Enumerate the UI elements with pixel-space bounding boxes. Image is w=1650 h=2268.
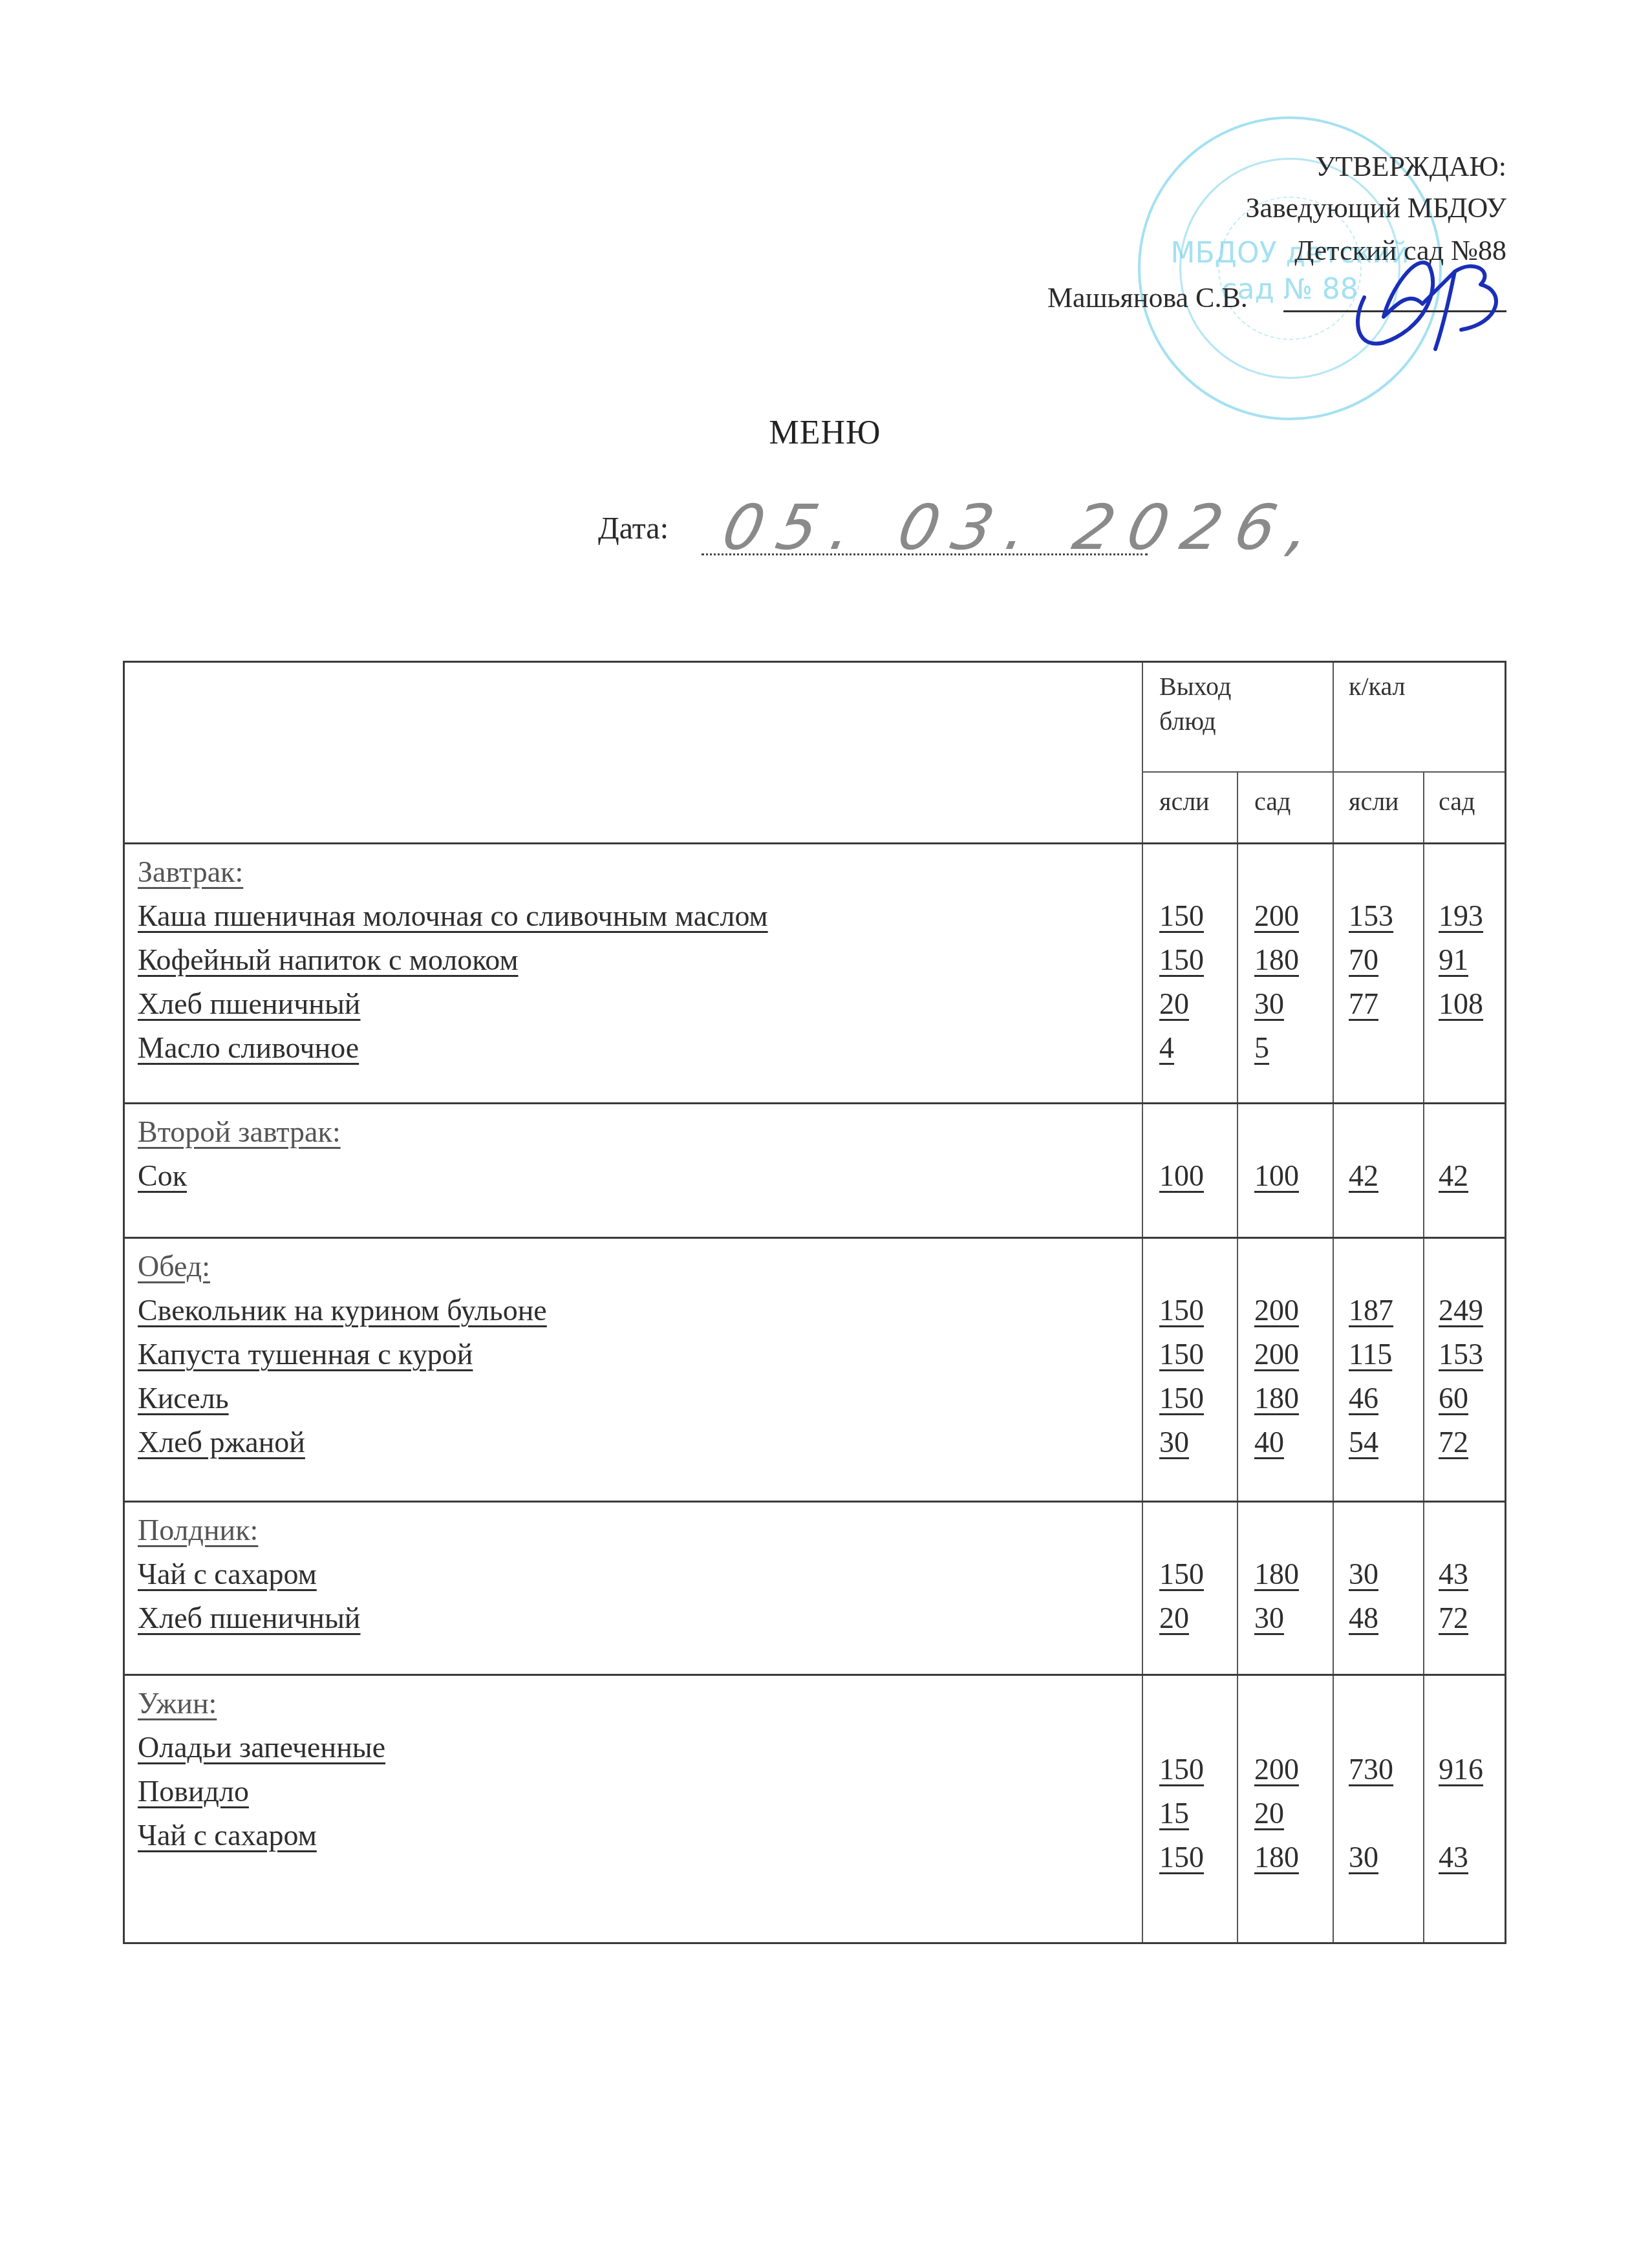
- dish-name: Хлеб пшеничный: [138, 1596, 360, 1640]
- yield-nursery-values: 15015015030: [1159, 1289, 1204, 1464]
- value-cell: [1439, 1792, 1483, 1835]
- value-cell: 150: [1159, 938, 1204, 982]
- value-cell: 115: [1349, 1332, 1393, 1376]
- column-divider: [1423, 771, 1424, 1942]
- row-divider: [125, 1102, 1505, 1104]
- section-title: Второй завтрак:: [138, 1110, 341, 1154]
- menu-section: Второй завтрак:Сок: [138, 1110, 341, 1198]
- date-label: Дата:: [598, 511, 669, 546]
- value-cell: 48: [1349, 1596, 1378, 1640]
- column-divider: [1237, 771, 1238, 1942]
- value-cell: 187: [1349, 1289, 1393, 1332]
- yield-nursery-values: 15020: [1159, 1552, 1204, 1640]
- yield-garden-values: 200180305: [1254, 894, 1299, 1070]
- value-cell: 30: [1159, 1420, 1204, 1464]
- value-cell: 54: [1349, 1420, 1393, 1464]
- row-divider: [125, 1674, 1505, 1676]
- value-cell: [1349, 1792, 1393, 1835]
- dish-name: Сок: [138, 1154, 341, 1198]
- value-cell: 72: [1439, 1596, 1468, 1640]
- value-cell: 180: [1254, 1376, 1299, 1420]
- header-kcal-garden: сад: [1439, 784, 1475, 819]
- dish-name: Кисель: [138, 1376, 547, 1420]
- value-cell: 30: [1254, 1596, 1299, 1640]
- row-divider: [125, 1237, 1505, 1239]
- value-cell: 5: [1254, 1026, 1299, 1070]
- value-cell: 70: [1349, 938, 1393, 982]
- value-cell: 150: [1159, 1332, 1204, 1376]
- value-cell: 77: [1349, 982, 1393, 1026]
- yield-nursery-values: 15015150: [1159, 1748, 1204, 1879]
- value-cell: 200: [1254, 894, 1299, 938]
- date-value: 05. 03. 2026,: [716, 491, 1331, 564]
- dish-name: Свекольник на курином бульоне: [138, 1289, 547, 1332]
- dish-name: Каша пшеничная молочная со сливочным мас…: [138, 894, 768, 938]
- value-cell: 30: [1254, 982, 1299, 1026]
- dish-name: Повидло: [138, 1770, 385, 1813]
- yield-garden-values: 20020180: [1254, 1748, 1299, 1879]
- dish-name: Чай с сахаром: [138, 1552, 360, 1596]
- value-cell: 100: [1254, 1154, 1299, 1198]
- header-yield-nursery: ясли: [1159, 784, 1210, 819]
- section-title: Ужин:: [138, 1682, 385, 1726]
- header-yield: Выход блюд: [1159, 669, 1230, 739]
- dish-name: Хлеб пшеничный: [138, 982, 768, 1026]
- value-cell: 249: [1439, 1289, 1483, 1332]
- value-cell: 20: [1159, 982, 1204, 1026]
- value-cell: 180: [1254, 938, 1299, 982]
- header-kcal: к/кал: [1349, 669, 1405, 704]
- kcal-nursery-values: 1871154654: [1349, 1289, 1393, 1464]
- value-cell: 200: [1254, 1748, 1299, 1792]
- value-cell: 200: [1254, 1332, 1299, 1376]
- value-cell: 108: [1439, 982, 1483, 1026]
- signature-icon: [1345, 252, 1513, 356]
- row-divider: [125, 1501, 1505, 1503]
- value-cell: 15: [1159, 1792, 1204, 1835]
- value-cell: 180: [1254, 1835, 1299, 1879]
- dish-name: Капуста тушенная с курой: [138, 1332, 547, 1376]
- header-yield-garden: сад: [1254, 784, 1291, 819]
- dish-name: Хлеб ржаной: [138, 1420, 547, 1464]
- dish-name: Кофейный напиток с молоком: [138, 938, 768, 982]
- value-cell: 72: [1439, 1420, 1483, 1464]
- value-cell: 42: [1439, 1154, 1468, 1198]
- yield-garden-values: 100: [1254, 1154, 1299, 1198]
- value-cell: 150: [1159, 1552, 1204, 1596]
- value-cell: 153: [1439, 1332, 1483, 1376]
- section-title: Полдник:: [138, 1508, 360, 1552]
- value-cell: 30: [1349, 1835, 1393, 1879]
- value-cell: [1439, 1026, 1483, 1070]
- value-cell: 150: [1159, 894, 1204, 938]
- kcal-nursery-values: 73030: [1349, 1748, 1393, 1879]
- kcal-garden-values: 2491536072: [1439, 1289, 1483, 1464]
- value-cell: 43: [1439, 1552, 1468, 1596]
- menu-table: Выход блюд к/кал ясли сад ясли сад Завтр…: [123, 661, 1506, 1944]
- dish-name: Оладьи запеченные: [138, 1726, 385, 1770]
- kcal-nursery-values: 3048: [1349, 1552, 1378, 1640]
- value-cell: 200: [1254, 1289, 1299, 1332]
- column-divider: [1142, 663, 1143, 1942]
- value-cell: 40: [1254, 1420, 1299, 1464]
- value-cell: 30: [1349, 1552, 1378, 1596]
- yield-nursery-values: 150150204: [1159, 894, 1204, 1070]
- value-cell: 916: [1439, 1748, 1483, 1792]
- kcal-garden-values: 4372: [1439, 1552, 1468, 1640]
- signer-name: Машьянова С.В.: [1047, 281, 1248, 314]
- value-cell: 150: [1159, 1835, 1204, 1879]
- dish-name: Чай с сахаром: [138, 1813, 385, 1857]
- menu-section: Обед:Свекольник на курином бульонеКапуст…: [138, 1245, 547, 1464]
- yield-nursery-values: 100: [1159, 1154, 1204, 1198]
- header-kcal-nursery: ясли: [1349, 784, 1399, 819]
- value-cell: 91: [1439, 938, 1483, 982]
- menu-section: Ужин:Оладьи запеченныеПовидлоЧай с сахар…: [138, 1682, 385, 1857]
- value-cell: 150: [1159, 1289, 1204, 1332]
- value-cell: 193: [1439, 894, 1483, 938]
- menu-section: Завтрак:Каша пшеничная молочная со сливо…: [138, 850, 768, 1070]
- section-title: Завтрак:: [138, 850, 768, 894]
- kcal-garden-values: 19391108: [1439, 894, 1483, 1070]
- column-divider: [1333, 663, 1334, 1942]
- approve-label: УТВЕРЖДАЮ:: [1315, 153, 1506, 181]
- value-cell: 153: [1349, 894, 1393, 938]
- value-cell: [1349, 1026, 1393, 1070]
- header-subdivider: [1143, 771, 1505, 773]
- value-cell: 20: [1159, 1596, 1204, 1640]
- value-cell: 180: [1254, 1552, 1299, 1596]
- section-title: Обед:: [138, 1245, 547, 1289]
- approver-position: Заведующий МБДОУ: [1246, 194, 1506, 222]
- menu-section: Полдник:Чай с сахаромХлеб пшеничный: [138, 1508, 360, 1640]
- value-cell: 60: [1439, 1376, 1483, 1420]
- value-cell: 150: [1159, 1376, 1204, 1420]
- yield-garden-values: 18030: [1254, 1552, 1299, 1640]
- kcal-garden-values: 42: [1439, 1154, 1468, 1198]
- value-cell: 730: [1349, 1748, 1393, 1792]
- kcal-garden-values: 91643: [1439, 1748, 1483, 1879]
- row-divider: [125, 842, 1505, 844]
- kcal-nursery-values: 1537077: [1349, 894, 1393, 1070]
- yield-garden-values: 20020018040: [1254, 1289, 1299, 1464]
- value-cell: 150: [1159, 1748, 1204, 1792]
- value-cell: 43: [1439, 1835, 1483, 1879]
- value-cell: 46: [1349, 1376, 1393, 1420]
- page-title: МЕНЮ: [0, 414, 1650, 452]
- value-cell: 20: [1254, 1792, 1299, 1835]
- value-cell: 4: [1159, 1026, 1204, 1070]
- dish-name: Масло сливочное: [138, 1026, 768, 1070]
- value-cell: 100: [1159, 1154, 1204, 1198]
- value-cell: 42: [1349, 1154, 1378, 1198]
- kcal-nursery-values: 42: [1349, 1154, 1378, 1198]
